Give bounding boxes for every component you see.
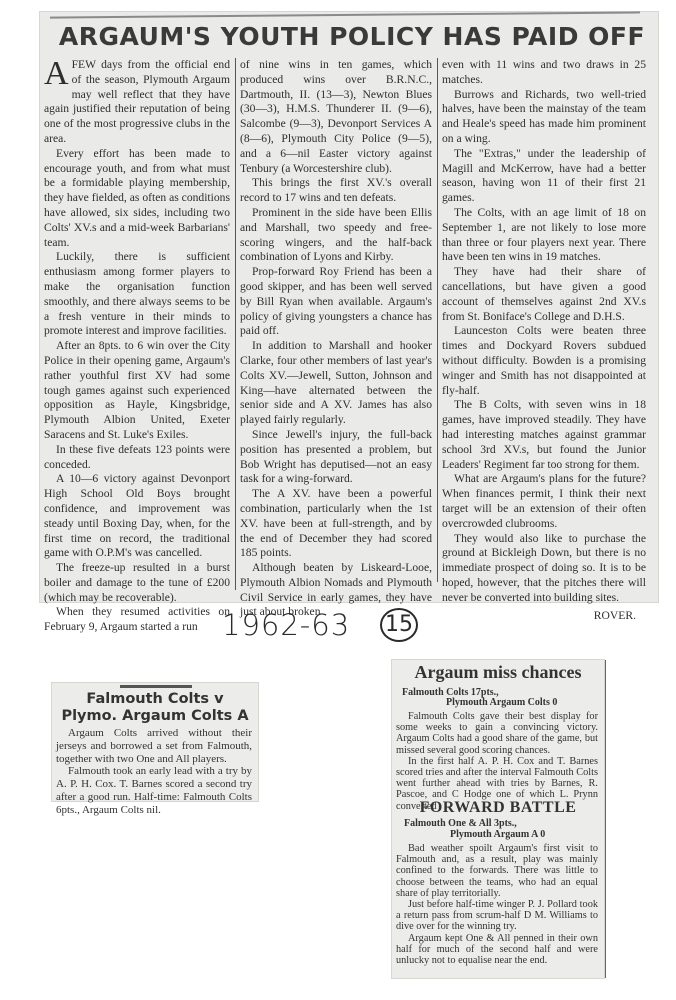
score-line: Plymouth Argaum A 0	[450, 829, 545, 840]
paragraph: Falmouth Colts gave their best display f…	[396, 711, 598, 756]
small-article-clipping: Falmouth Colts v Plymo. Argaum Colts A A…	[52, 683, 258, 801]
headline-line-2: Plymo. Argaum Colts A	[56, 708, 254, 725]
paragraph: Just before half-time winger P. J. Polla…	[396, 899, 598, 933]
paragraph: of nine wins in ten games, which produce…	[240, 58, 432, 176]
paragraph: The Colts, with an age limit of 18 on Se…	[442, 206, 646, 265]
paragraph: This brings the first XV.'s overall reco…	[240, 176, 432, 206]
paragraph: Since Jewell's injury, the full-back pos…	[240, 428, 432, 487]
paragraph: They would also like to purchase the gro…	[442, 532, 646, 606]
paragraph: Bad weather spoilt Argaum's first visit …	[396, 843, 598, 899]
paragraph: In these five defeats 123 points were co…	[44, 443, 230, 473]
small-headline: Falmouth Colts v Plymo. Argaum Colts A	[56, 691, 254, 725]
handwritten-season: 1962-63	[222, 608, 350, 642]
right-article-body: Falmouth Colts gave their best display f…	[396, 711, 598, 812]
paragraph: Argaum kept One & All penned in their ow…	[396, 933, 598, 967]
paragraph: After an 8pts. to 6 win over the City Po…	[44, 339, 230, 443]
paragraph: The B Colts, with seven wins in 18 games…	[442, 398, 646, 472]
paragraph: even with 11 wins and two draws in 25 ma…	[442, 58, 646, 88]
paragraph: Prominent in the side have been Ellis an…	[240, 206, 432, 265]
right-headline: Argaum miss chances	[396, 662, 600, 683]
right-article-clipping: Argaum miss chances Falmouth Colts 17pts…	[392, 660, 604, 978]
column-divider	[437, 58, 438, 582]
paragraph: The freeze-up resulted in a burst boiler…	[44, 561, 230, 605]
paragraph: Argaum Colts arrived without their jerse…	[56, 727, 252, 765]
column-divider	[235, 58, 236, 590]
main-headline: ARGAUM'S YOUTH POLICY HAS PAID OFF	[52, 22, 652, 51]
paragraph: The A XV. have been a powerful combinati…	[240, 487, 432, 561]
subheadline: FORWARD BATTLE	[396, 799, 600, 817]
right-article-body-2: Bad weather spoilt Argaum's first visit …	[396, 843, 598, 966]
paragraph: Burrows and Richards, two well-tried hal…	[442, 88, 646, 147]
main-article-clipping: ARGAUM'S YOUTH POLICY HAS PAID OFF AFEW …	[40, 12, 658, 602]
paragraph: What are Argaum's plans for the future? …	[442, 472, 646, 531]
headline-line-1: Falmouth Colts v	[56, 691, 254, 708]
article-column-3: even with 11 wins and two draws in 25 ma…	[442, 58, 646, 624]
paragraph: The "Extras," under the leadership of Ma…	[442, 147, 646, 206]
score-line: Falmouth One & All 3pts.,	[404, 818, 517, 829]
handwritten-page-number: 15	[380, 608, 418, 642]
author-signature: ROVER.	[442, 609, 646, 624]
article-column-2: of nine wins in ten games, which produce…	[240, 58, 432, 620]
paragraph: In addition to Marshall and hooker Clark…	[240, 339, 432, 428]
small-article-body: Argaum Colts arrived without their jerse…	[56, 727, 252, 817]
paragraph: When they resumed activities on February…	[44, 605, 230, 635]
paragraph: Luckily, there is sufficient enthusiasm …	[44, 250, 230, 339]
paragraph: They have had their share of cancellatio…	[442, 265, 646, 324]
paragraph: A 10—6 victory against Devonport High Sc…	[44, 472, 230, 561]
paragraph: AFEW days from the official end of the s…	[44, 58, 230, 147]
top-rule	[120, 685, 192, 688]
paragraph: Falmouth took an early lead with a try b…	[56, 765, 252, 816]
top-rule	[50, 11, 640, 18]
drop-cap: A	[44, 60, 69, 88]
paragraph: Prop-forward Roy Friend has been a good …	[240, 265, 432, 339]
paragraph: Launceston Colts were beaten three times…	[442, 324, 646, 398]
column-divider	[605, 660, 606, 978]
score-line: Plymouth Argaum Colts 0	[446, 697, 557, 708]
article-column-1: AFEW days from the official end of the s…	[44, 58, 230, 635]
paragraph: Every effort has been made to encourage …	[44, 147, 230, 251]
